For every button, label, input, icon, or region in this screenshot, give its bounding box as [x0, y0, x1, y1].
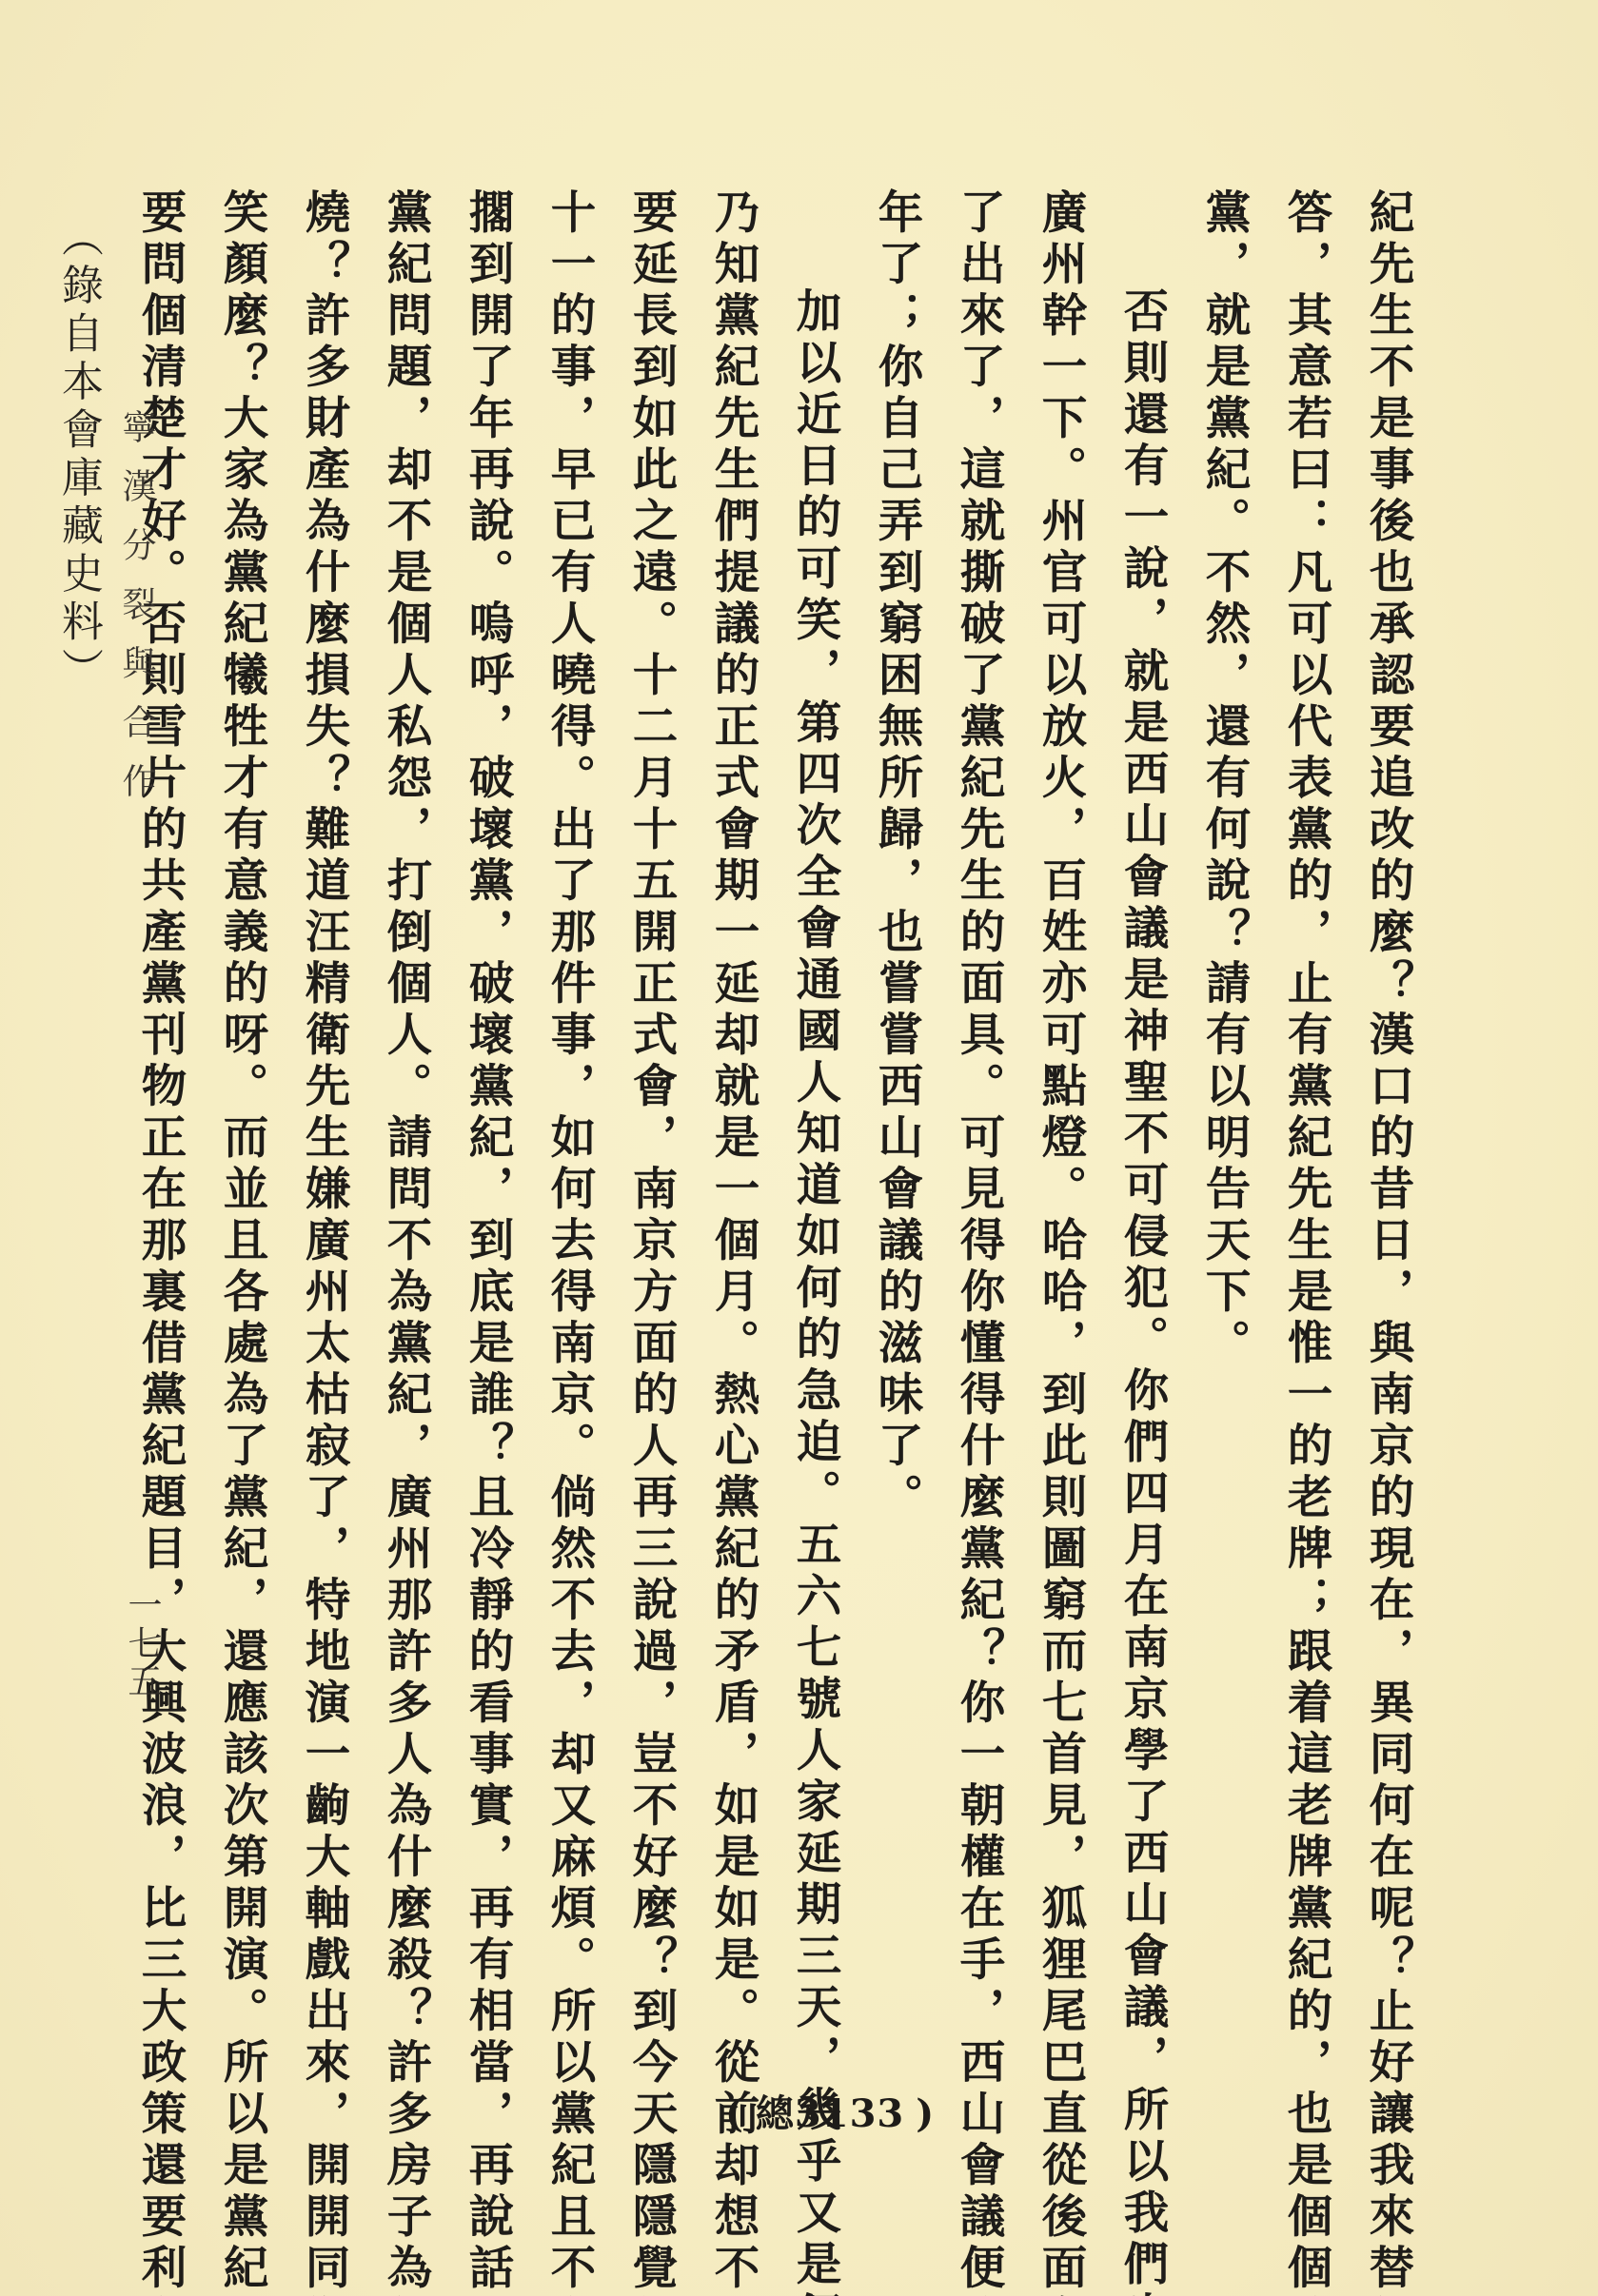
document-page: 紀先生不是事後也承認要追改的麼？漢口的昔日，與南京的現在，異同何在呢？止好讓我來…	[0, 0, 1598, 2296]
text-column-11: 十一的事，早已有人曉得。出了那件事，如何去得南京。倘然不去，却又麻煩。所以黨紀且…	[528, 188, 610, 2053]
text-column-12: 擱到開了年再說。嗚呼，破壞黨，破壞黨紀，到底是誰？且冷靜的看事實，再有相當，再說…	[446, 188, 528, 2053]
text-column-9: 乃知黨紀先生們提議的正式會期一延却就是一個月。熱心黨紀的矛盾，如是如是。從前却想…	[692, 188, 774, 2053]
text-column-8: 加以近日的可笑，第四次全會通國人知道如何的急迫。五六七號人家延期三天，幾乎又是個…	[774, 188, 856, 2053]
close-paren: )	[904, 2091, 946, 2136]
text-column-15: 笑顏麼？大家為黨紀犧牲才有意義的呀。而並且各處為了黨紀，還應該次第開演。所以是黨…	[201, 188, 283, 2053]
text-column-13: 黨紀問題，却不是個人私怨，打倒個人。請問不為黨紀，廣州那許多人為什麼殺？許多房子…	[365, 188, 446, 2053]
text-column-6: 了出來了，這就撕破了黨紀先生的面具。可見得你懂得什麼黨紀？你一朝權在手，西山會議…	[937, 188, 1019, 2053]
text-column-4: 否則還有一說，就是西山會議是神聖不可侵犯。你們四月在南京學了西山會議，所以我們也…	[1101, 188, 1183, 2053]
text-column-7: 年了；你自己弄到窮困無所歸，也嘗嘗西山會議的滋味了。	[856, 188, 937, 2053]
total-page-number: (總3133)	[714, 2084, 946, 2138]
text-column-2: 答，其意若曰：凡可以代表黨的，止有黨紀先生是惟一的老牌；跟着這老牌黨紀的，也是個…	[1265, 188, 1347, 2053]
body-text: 紀先生不是事後也承認要追改的麼？漢口的昔日，與南京的現在，異同何在呢？止好讓我來…	[37, 188, 1429, 2053]
open-paren: (	[714, 2091, 756, 2136]
source-note: （錄自本會庫藏史料）	[37, 188, 119, 2053]
text-column-3: 黨，就是黨紀。不然，還有何說？請有以明告天下。	[1183, 188, 1265, 2053]
text-column-1: 紀先生不是事後也承認要追改的麼？漢口的昔日，與南京的現在，異同何在呢？止好讓我來…	[1347, 188, 1429, 2053]
total-label: 總3133	[756, 2091, 904, 2136]
running-title: 寧漢分裂與合作	[112, 409, 161, 822]
text-column-14: 燒？許多財產為什麼損失？難道汪精衛先生嫌廣州太枯寂了，特地演一齣大軸戲出來，開開…	[283, 188, 365, 2053]
text-column-10: 要延長到如此之遠。十二月十五開正式會，南京方面的人再三說過，豈不好麼？到今天隱隱…	[610, 188, 692, 2053]
text-column-5: 廣州幹一下。州官可以放火，百姓亦可點燈。哈哈，到此則圖窮而七首見，狐狸尾巴直從後…	[1019, 188, 1101, 2053]
page-number: 一七五	[118, 1587, 167, 1701]
